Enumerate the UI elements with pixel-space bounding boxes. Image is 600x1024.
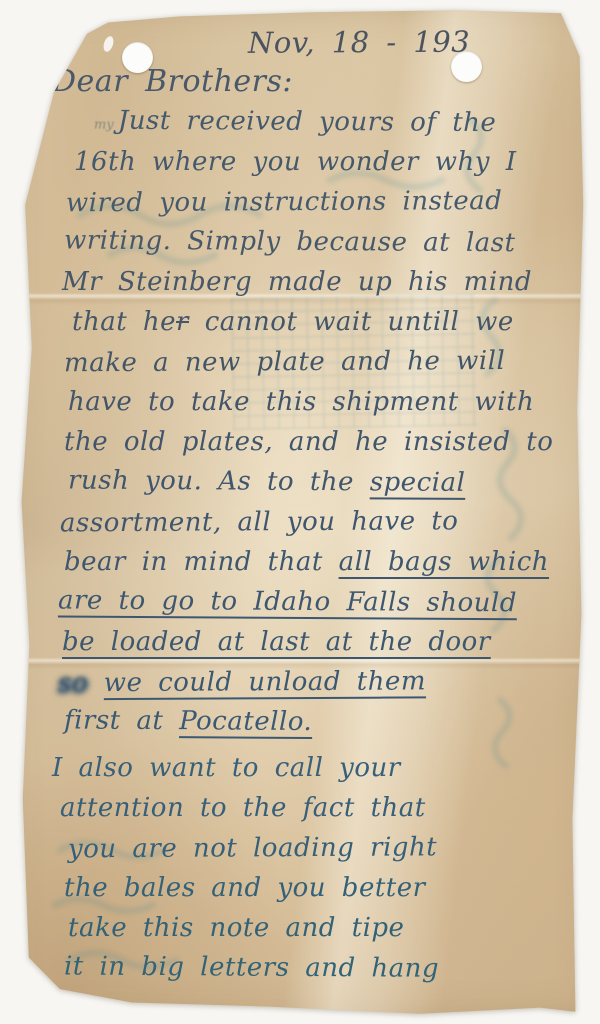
handwritten-text: r bbox=[176, 307, 189, 337]
handwritten-text: 16th where you wonder why I bbox=[74, 147, 516, 177]
handwritten-text bbox=[88, 668, 104, 698]
handwritten-text: writing. Simply because at last bbox=[64, 225, 516, 258]
letter-line: have to take this shipment with bbox=[68, 382, 562, 422]
handwritten-text: so bbox=[58, 668, 88, 698]
letter-line: the old plates, and he insisted to bbox=[64, 422, 562, 462]
handwritten-text: wired you instructions instead bbox=[66, 186, 503, 218]
letter-lines: Nov, 18 - 193Dear Brothers:my Just recei… bbox=[36, 22, 562, 988]
handwritten-text: it in big letters and hang bbox=[64, 951, 439, 983]
handwritten-text: the bales and you better bbox=[64, 873, 426, 903]
aged-paper: Nov, 18 - 193Dear Brothers:my Just recei… bbox=[0, 0, 600, 1024]
handwritten-text: make a new plate and he will bbox=[64, 346, 505, 378]
letter-line: make a new plate and he will bbox=[64, 341, 562, 384]
handwritten-text: I also want to call your bbox=[52, 753, 401, 783]
letter-line: rush you. As to the special bbox=[68, 460, 562, 503]
handwritten-text: special bbox=[370, 467, 466, 498]
letter-line: writing. Simply because at last bbox=[64, 220, 562, 263]
handwritten-text: bear in mind that bbox=[64, 547, 339, 577]
letter-line: I also want to call your bbox=[52, 748, 562, 788]
letter-line: bear in mind that all bags which bbox=[64, 542, 562, 582]
punch-hole-left bbox=[122, 42, 153, 73]
letter-line: wired you instructions instead bbox=[66, 181, 562, 224]
letter-line: assortment, all you have to bbox=[60, 501, 562, 544]
letter-line: Mr Steinberg made up his mind bbox=[62, 262, 562, 302]
letter-line: that her cannot wait untill we bbox=[72, 302, 562, 342]
letter-line: first at Pocatello. bbox=[64, 700, 562, 743]
handwritten-text: Mr Steinberg made up his mind bbox=[62, 267, 532, 297]
handwritten-text: my bbox=[94, 118, 118, 133]
handwritten-text: you are not loading right bbox=[68, 832, 437, 864]
handwritten-text: first at bbox=[64, 705, 179, 736]
handwritten-text: we could unload them bbox=[104, 666, 426, 698]
letter-line: 16th where you wonder why I bbox=[74, 142, 562, 182]
handwritten-text: rush you. As to the bbox=[68, 465, 370, 497]
handwritten-text: are to go to Idaho Falls should bbox=[58, 585, 517, 618]
handwritten-text: Pocatello. bbox=[179, 706, 312, 737]
handwritten-text: that he bbox=[72, 307, 176, 337]
letter-line: the bales and you better bbox=[64, 868, 562, 908]
letter-line: Nov, 18 - 193 bbox=[248, 21, 562, 63]
letter-line: be loaded at last at the door bbox=[62, 622, 562, 662]
letter-line: you are not loading right bbox=[68, 827, 562, 870]
handwritten-text: be loaded at last at the door bbox=[62, 627, 491, 657]
handwritten-text: assortment, all you have to bbox=[60, 506, 459, 538]
letter-line: attention to the fact that bbox=[60, 788, 562, 828]
handwritten-text: Dear Brothers: bbox=[52, 64, 293, 99]
letter-line: so we could unload them bbox=[58, 661, 562, 704]
handwritten-text: Nov, 18 - 193 bbox=[248, 25, 470, 60]
handwritten-text: cannot wait untill we bbox=[189, 307, 514, 337]
punch-hole-right bbox=[451, 51, 482, 82]
letter-line: are to go to Idaho Falls should bbox=[58, 580, 562, 623]
handwritten-text: all bags which bbox=[339, 547, 549, 577]
letter-body: Nov, 18 - 193Dear Brothers:my Just recei… bbox=[36, 22, 562, 988]
letter-scan: Nov, 18 - 193Dear Brothers:my Just recei… bbox=[0, 0, 600, 1024]
letter-line: take this note and tipe bbox=[68, 908, 562, 948]
handwritten-text: the old plates, and he insisted to bbox=[64, 427, 553, 457]
handwritten-text: take this note and tipe bbox=[68, 913, 404, 943]
handwritten-text: attention to the fact that bbox=[60, 793, 426, 823]
handwritten-text: have to take this shipment with bbox=[68, 387, 534, 417]
handwritten-text: Just received yours of the bbox=[118, 106, 497, 138]
letter-line: my Just received yours of the bbox=[94, 101, 562, 144]
letter-line: it in big letters and hang bbox=[64, 946, 562, 989]
